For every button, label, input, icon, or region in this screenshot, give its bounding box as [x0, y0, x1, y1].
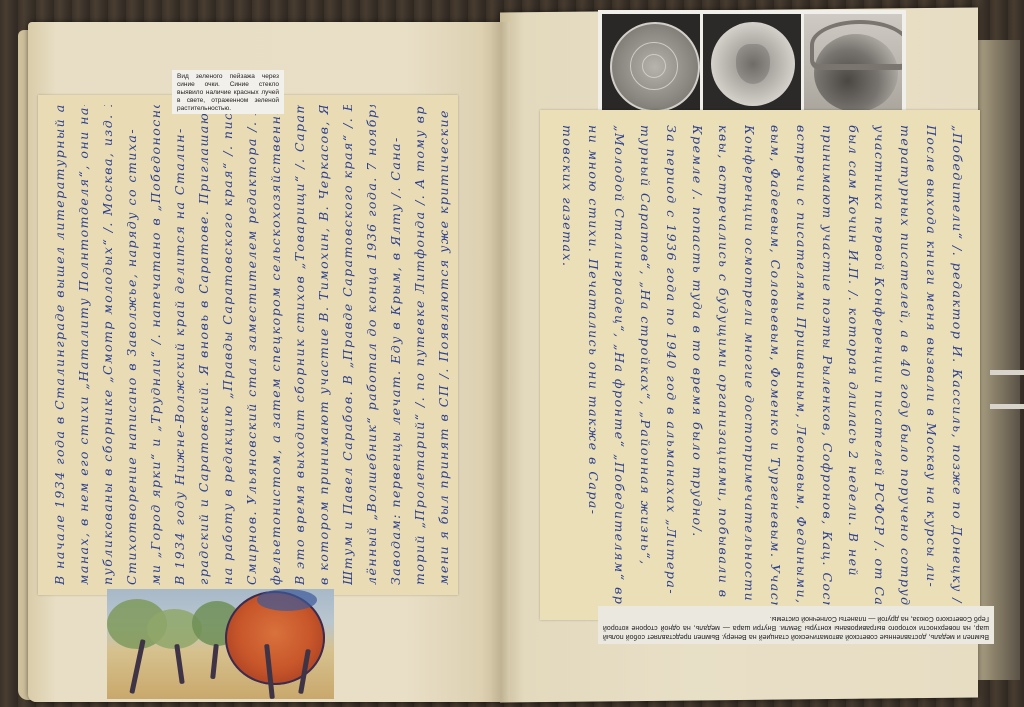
handwritten-line: встречи с писателями Пришвиным, Леоновым…	[788, 125, 814, 605]
left-handwritten-text: В начале 1934 года в Сталинграде вышел л…	[48, 105, 448, 585]
handwritten-line: публикованы в сборнике „Смотр молодых“ /…	[96, 105, 120, 585]
handwritten-line: „Молодой Сталинградец“, „На фронте“ „Поб…	[606, 125, 632, 605]
handwritten-line: лённый „Волшебник“ работал до конца 1936…	[360, 105, 384, 585]
soviet-emblem-icon	[736, 44, 770, 84]
handwritten-line: торий „Пролетарий“ /. по путевке Литфонд…	[408, 105, 432, 585]
album-spine	[492, 22, 510, 702]
handwritten-line: В это время выходит сборник стихов „Това…	[288, 105, 312, 585]
medal-photo-emblem	[703, 14, 801, 114]
handwritten-line: ни мною стихи. Печатались они также в Са…	[580, 125, 606, 605]
binding-string	[990, 404, 1024, 409]
venus-pennant-caption: Вымпел и медаль, доставленные советской …	[598, 606, 994, 644]
pennant-sphere-photo	[804, 14, 902, 114]
handwritten-line: После выхода книги меня вызвали в Москву…	[918, 125, 944, 605]
handwritten-line: Стихотворение написано в Заволжье, наряд…	[120, 105, 144, 585]
handwritten-line: Штум и Павел Сарабов. В „Правде Саратовс…	[336, 105, 360, 585]
handwritten-line: „Победители“ /. редактор И. Кассиль, поз…	[944, 125, 970, 605]
right-handwritten-text: „Победители“ /. редактор И. Кассиль, поз…	[550, 125, 970, 605]
handwritten-line: турный Саратов“, „На стройках“, „Районна…	[632, 125, 658, 605]
handwritten-line: Смирнов. Ульяновский стал заместителем р…	[240, 105, 264, 585]
handwritten-line: на работу в редакцию „Правды Саратовског…	[216, 105, 240, 585]
handwritten-line: Заводам: первенцы лечат. Еду в Крым, в Я…	[384, 105, 408, 585]
handwritten-line: мени я был принят в СП /. Появляются уже…	[432, 105, 456, 585]
handwritten-line: был сам Кочин И.П. /. которая длилась 2 …	[840, 125, 866, 605]
handwritten-line: Конференции осмотрели многие достопримеч…	[736, 125, 762, 605]
handwritten-line: фельетонистом, а затем спецкором сельско…	[264, 105, 288, 585]
handwritten-line: товских газетах.	[554, 125, 580, 605]
handwritten-line: квы, встречались с будущими организациям…	[710, 125, 736, 605]
album-page-stack	[975, 40, 1020, 680]
handwritten-line: манах, в нем его стихи „Наталиту Полнтот…	[72, 105, 96, 585]
handwritten-line: градский и Саратовский. Я вновь в Сарато…	[192, 105, 216, 585]
handwritten-line: вым, Фадеевым, Соловьевым, Фоменко и Тур…	[762, 125, 788, 605]
handwritten-line: В начале 1934 года в Сталинграде вышел л…	[48, 105, 72, 585]
medal-photo-planets	[602, 14, 700, 114]
handwritten-line: ми „Город ярки“ и „Труднли“ /. напечатан…	[144, 105, 168, 585]
handwritten-line: участника первой Конференции писателей Р…	[866, 125, 892, 605]
olive-grove-painting	[107, 589, 334, 699]
handwritten-line: принимают участие поэты Рыленков, Софрон…	[814, 125, 840, 605]
handwritten-line: За период с 1936 года по 1940 год в альм…	[658, 125, 684, 605]
green-landscape-caption: Вид зеленого пейзажа через синие очки. С…	[172, 70, 284, 114]
left-handwritten-sheet: В начале 1934 года в Сталинграде вышел л…	[38, 95, 458, 595]
binding-string	[990, 370, 1024, 375]
handwritten-line: Побыв в санатории в Саратове.	[456, 105, 458, 585]
handwritten-line: в котором принимают участие В. Тимохин, …	[312, 105, 336, 585]
right-handwritten-sheet: „Победители“ /. редактор И. Кассиль, поз…	[540, 110, 980, 620]
venus-pennant-photos	[598, 10, 906, 118]
handwritten-line: В 1934 году Нижне-Волжский край делится …	[168, 105, 192, 585]
handwritten-line: тературных писателей, а в 40 году было п…	[892, 125, 918, 605]
handwritten-line: Кремле /. попасть туда в то время было т…	[684, 125, 710, 605]
